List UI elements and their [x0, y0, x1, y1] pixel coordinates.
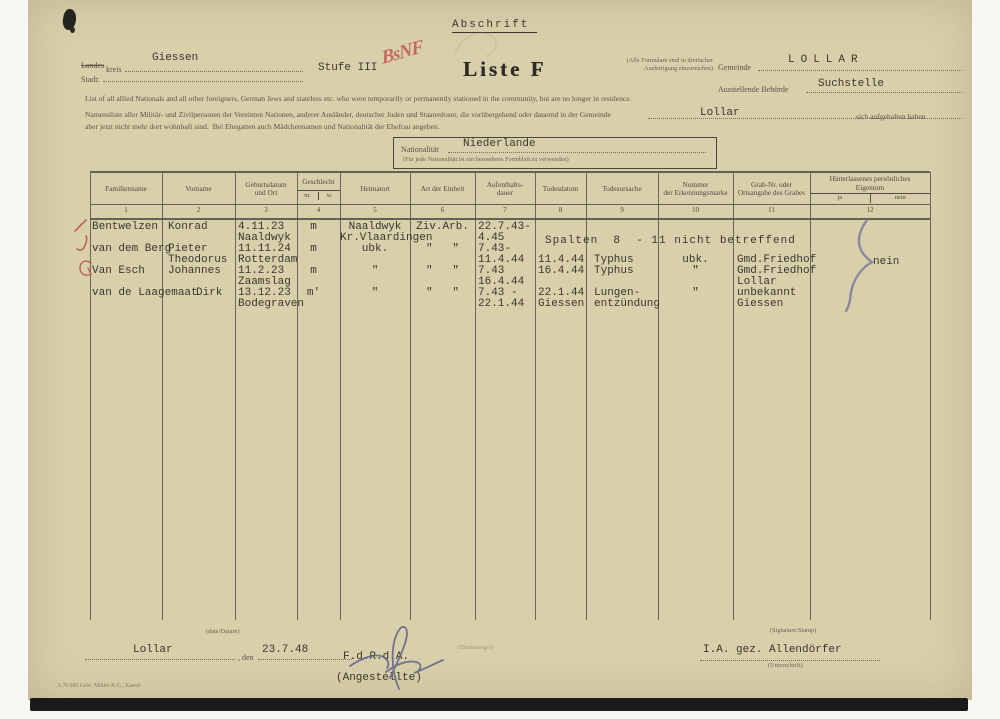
col-header-geburtsdatum: Geburtsdatum und Ort — [235, 175, 297, 203]
signature-stamp-label: (Signature/Stamp) — [770, 627, 816, 634]
kreis-value: Giessen — [152, 53, 198, 64]
cell-heimatort: " — [340, 288, 410, 299]
footer-place-value: Lollar — [133, 645, 173, 656]
cell-familienname: Van Esch — [92, 266, 145, 277]
table-vrule — [475, 172, 476, 620]
cell-heimatort: " — [340, 266, 410, 277]
col-header-einheit: Art der Einheit — [410, 175, 475, 203]
cell-todesdatum: 11.4.44 — [538, 244, 584, 266]
kreis-dotted-line — [125, 71, 303, 72]
col-header-familienname: Familienname — [90, 175, 162, 203]
gemeinde-dotted-line — [758, 70, 962, 71]
cell-aufenthalt: 7.43 - 22.1.44 — [478, 288, 524, 310]
unterschrift-label: (Unterschrift) — [768, 662, 803, 669]
stufe-value: Stufe III — [318, 63, 377, 74]
abschrift-heading: Abschrift — [452, 20, 537, 33]
scanned-document-page: { "header": { "abschrift": "Abschrift", … — [0, 0, 1000, 719]
table-top-rule — [90, 171, 930, 173]
signed-value: I.A. gez. Allendörfer — [703, 645, 842, 656]
col-num: 6 — [410, 206, 475, 214]
col-num: 12 — [810, 206, 930, 214]
cell-grab: Gmd.Friedhof — [737, 244, 816, 266]
cell-todesursache: Typhus — [594, 244, 634, 266]
form-title: Liste F — [463, 57, 546, 82]
intro-german-line2: aber jetzt nicht mehr dort wohnhaft sind… — [85, 122, 440, 131]
col-num: 10 — [658, 206, 733, 214]
col-num: 2 — [162, 206, 235, 214]
cell-grab: Gmd.Friedhof Lollar — [737, 266, 816, 288]
cell-marke: " — [658, 288, 733, 299]
cell-vorname: Konrad — [168, 222, 208, 233]
fdrda-value: F.d.R.d.A. — [343, 652, 409, 663]
footer-place-line — [85, 659, 235, 660]
stadt-dotted-line — [103, 81, 303, 82]
cell-todesdatum: 16.4.44 — [538, 266, 584, 277]
behoerde-label: Ausstellende Behörde — [718, 85, 788, 94]
col-header-erkennungsmarke: Nummer der Erkennungsmarke — [658, 175, 733, 203]
kreis-label: kreis — [106, 65, 122, 74]
nationality-value: Niederlande — [463, 139, 536, 150]
col-num: 5 — [340, 206, 410, 214]
col-header-grab: Grab-Nr. oder Ortsangabe des Grabes — [733, 175, 810, 203]
cell-geburtsdatum: 11.11.24 Rotterdam — [238, 244, 297, 266]
gemeinde-value: LOLLAR — [788, 55, 864, 66]
cell-heimatort: Naaldwyk Kr.Vlaardingen — [340, 222, 410, 244]
role-value: (Angestellte) — [336, 673, 422, 684]
gemeinde-label: Gemeinde — [718, 63, 751, 72]
cell-geschlecht: m — [297, 222, 340, 233]
col-num: 9 — [586, 206, 658, 214]
table-vrule — [810, 172, 811, 620]
cell-familienname: van de Laagemaat — [92, 288, 198, 299]
cell-einheit: " " — [410, 244, 475, 255]
den-label: , den — [238, 653, 254, 662]
eigentum-subheader: janein — [810, 194, 930, 203]
cell-geburtsdatum: 13.12.23 Bodegraven — [238, 288, 304, 310]
cell-marke: " — [658, 266, 733, 277]
col-num: 8 — [535, 206, 586, 214]
col-header-aufenthaltsdauer: Aufenthalts- dauer — [475, 175, 535, 203]
col-num: 1 — [90, 206, 162, 214]
col-header-todesursache: Todesursache — [586, 175, 658, 203]
gemeinde-insert-value: Lollar — [700, 108, 740, 119]
cell-todesursache: Typhus — [594, 266, 634, 277]
geschlecht-label: Geschlecht — [297, 175, 340, 191]
table-vrule — [162, 172, 163, 620]
nationality-note: (Für jede Nationalität ist ein besondere… — [403, 156, 569, 163]
cell-einheit: Ziv.Arb. — [410, 222, 475, 233]
geschlecht-subheader: m.w. — [297, 191, 340, 201]
table-vrule — [90, 172, 91, 620]
cell-familienname: Bentwelzen — [92, 222, 158, 233]
cell-heimatort: ubk. — [340, 244, 410, 255]
cell-aufenthalt: 7.43 16.4.44 — [478, 266, 524, 288]
col-num: 3 — [235, 206, 297, 214]
nationality-box — [393, 137, 717, 169]
printer-imprint: A 70 000 Gebr. Müller K.G., Kassel — [57, 683, 141, 690]
col-header-todesdatum: Todesdatum — [535, 175, 586, 203]
copies-note-line2: Ausfertigung einzureichen) — [597, 65, 713, 72]
table-vrule — [930, 172, 931, 620]
cell-vorname: Pieter Theodorus — [168, 244, 227, 266]
cell-marke: ubk. — [658, 244, 733, 266]
cell-einheit: " " — [410, 266, 475, 277]
table-vrule — [297, 172, 298, 620]
table-heavy-rule — [90, 218, 930, 220]
col-num: 7 — [475, 206, 535, 214]
footer-date-value: 23.7.48 — [262, 645, 308, 656]
table-header-rule — [90, 204, 930, 205]
geschlecht-m-label: m. — [297, 192, 318, 201]
footer-date-line — [258, 659, 352, 660]
table-vrule — [535, 172, 536, 620]
intro-english: List of all allied Nationals and all oth… — [85, 94, 707, 103]
eigentum-label: Hinterlassenes persönliches Eigentum — [810, 175, 930, 194]
cell-todesursache: Lungen- entzündung — [594, 288, 660, 310]
cell-vorname: Dirk — [196, 288, 222, 299]
copies-note-line1: (Alle Formulare sind in dreifacher — [597, 57, 713, 64]
paper-sheet — [28, 0, 972, 700]
cell-familienname: van dem Berg — [92, 244, 171, 255]
geschlecht-w-label: w. — [318, 192, 340, 201]
cell-geburtsdatum: 11.2.23 Zaamslag — [238, 266, 291, 288]
behoerde-value: Suchstelle — [818, 79, 884, 90]
cell-geburtsdatum: 4.11.23 Naaldwyk — [238, 222, 291, 244]
eigentum-ja-label: ja — [810, 194, 870, 203]
stadt-label: Stadt: — [81, 75, 100, 84]
nationality-label: Nationalität — [401, 145, 439, 154]
cell-geschlecht: m' — [297, 288, 340, 299]
col-header-heimatort: Heimatort — [340, 175, 410, 203]
cell-aufenthalt: 7.43- 11.4.44 — [478, 244, 524, 266]
signed-line — [700, 660, 880, 661]
intro-german-tail: sich aufgehalten haben — [856, 112, 926, 121]
ink-speck — [70, 27, 75, 33]
span-note: Spalten 8 - 11 nicht betreffend — [545, 236, 796, 247]
cell-aufenthalt: 22.7.43- 4.45 — [478, 222, 531, 244]
eigentum-nein-label: nein — [870, 194, 931, 203]
eigentum-nein-value: nein — [873, 257, 899, 268]
table-vrule — [235, 172, 236, 620]
land-label: Landes — [81, 61, 104, 70]
col-header-geschlecht: Geschlecht m.w. — [297, 175, 340, 203]
col-num: 11 — [733, 206, 810, 214]
cell-geschlecht: m — [297, 266, 340, 277]
cell-grab: unbekannt Giessen — [737, 288, 796, 310]
intro-german-line1: Namensliste aller Militär- und Zivilpers… — [85, 110, 611, 119]
date-label: (date/Datum) — [206, 628, 240, 635]
col-num: 4 — [297, 206, 340, 214]
cell-geschlecht: m — [297, 244, 340, 255]
seal-label: (Dienstsiegel) — [458, 644, 493, 651]
col-header-vorname: Vorname — [162, 175, 235, 203]
scan-edge-band — [30, 698, 968, 711]
cell-vorname: Johannes — [168, 266, 221, 277]
cell-einheit: " " — [410, 288, 475, 299]
nationality-dotted-line — [448, 152, 706, 153]
cell-todesdatum: 22.1.44 Giessen — [538, 288, 584, 310]
behoerde-dotted-line — [806, 92, 962, 93]
col-header-eigentum: Hinterlassenes persönliches Eigentum jan… — [810, 175, 930, 203]
